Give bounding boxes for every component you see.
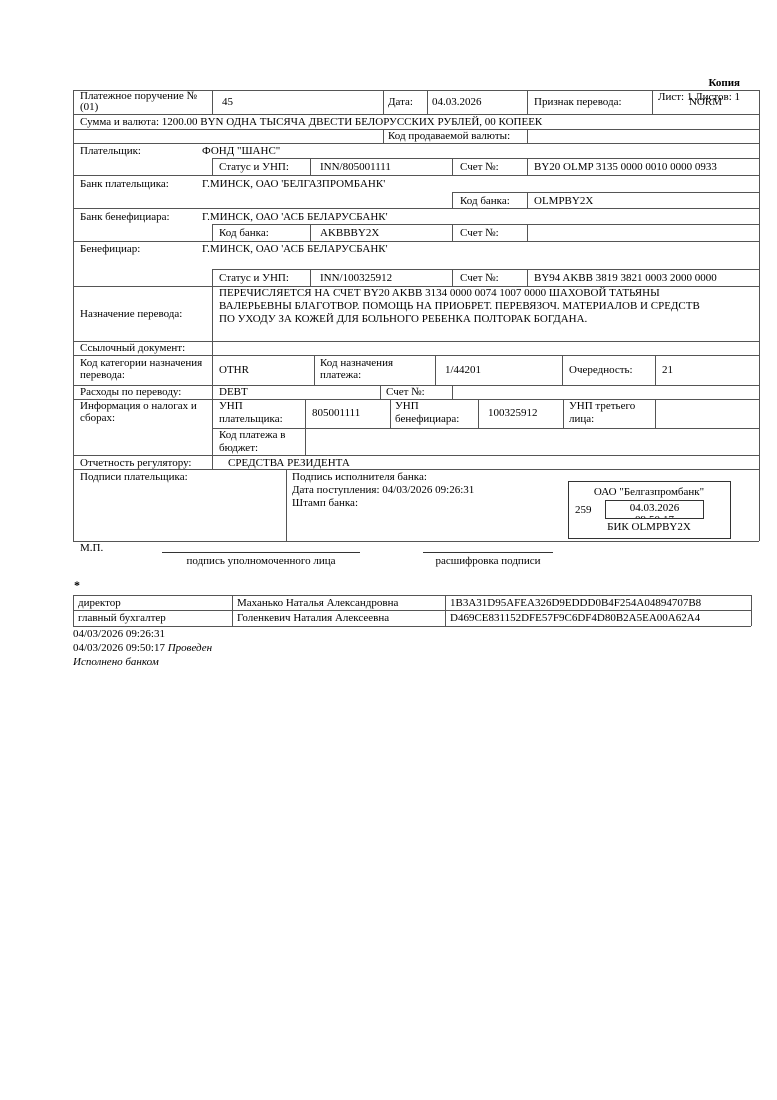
beneficiary-status-unp-label: Статус и УНП: bbox=[219, 272, 289, 284]
regulator-value: СРЕДСТВА РЕЗИДЕНТА bbox=[228, 457, 350, 469]
payer-unp: 805001111 bbox=[312, 407, 360, 419]
bank-executor-label: Подпись исполнителя банка: bbox=[292, 471, 427, 483]
reference-doc-label: Ссылочный документ: bbox=[80, 342, 185, 354]
payer-unp-label: УНП плательщика: bbox=[219, 400, 303, 426]
stamp-bank-name: ОАО "Белгазпромбанк" bbox=[568, 486, 730, 498]
payer-bank-label: Банк плательщика: bbox=[80, 178, 169, 190]
order-number: 45 bbox=[222, 96, 233, 108]
purpose-line-2: ВАЛЕРЬЕВНЫ БЛАГОТВОР. ПОМОЩЬ НА ПРИОБРЕТ… bbox=[219, 300, 700, 312]
history-line-1: 04/03/2026 09:26:31 bbox=[73, 628, 165, 640]
stamp-date-box: 04.03.2026 09:50:17 bbox=[605, 500, 704, 519]
expenses-label: Расходы по переводу: bbox=[80, 386, 181, 398]
payer-status-unp-label: Статус и УНП: bbox=[219, 161, 289, 173]
history-line-3: Исполнено банком bbox=[73, 656, 159, 668]
mp-label: М.П. bbox=[80, 542, 103, 554]
order-number-label: Платежное поручение № (01) bbox=[80, 91, 210, 113]
beneficiary-bank-code: AKBBBY2X bbox=[320, 227, 379, 239]
beneficiary-label: Бенефициар: bbox=[80, 243, 140, 255]
payer-bank-code-label: Код банка: bbox=[460, 195, 510, 207]
beneficiary-unp-label: УНП бенефициара: bbox=[395, 400, 477, 426]
history-status: Проведен bbox=[168, 642, 212, 654]
beneficiary-bank-account-label: Счет №: bbox=[460, 227, 499, 239]
beneficiary-bank-code-label: Код банка: bbox=[219, 227, 269, 239]
purpose-label: Назначение перевода: bbox=[80, 308, 182, 320]
amount-value: 1200.00 BYN ОДНА ТЫСЯЧА ДВЕСТИ БЕЛОРУССК… bbox=[162, 116, 543, 128]
copy-label: Копия bbox=[700, 77, 740, 89]
payer-bank-name: Г.МИНСК, ОАО 'БЕЛГАЗПРОМБАНК' bbox=[202, 178, 385, 190]
signer-key: 1B3A31D95AFEA326D9EDDD0B4F254A04894707B8 bbox=[450, 597, 701, 609]
payer-signatures-label: Подписи плательщика: bbox=[80, 471, 188, 483]
expenses-account-label: Счет №: bbox=[386, 386, 425, 398]
beneficiary-account: BY94 AKBB 3819 3821 0003 2000 0000 bbox=[534, 272, 717, 284]
signers-marker: * bbox=[74, 579, 80, 591]
beneficiary-unp: 100325912 bbox=[488, 407, 538, 419]
stamp-number: 259 bbox=[575, 504, 592, 516]
beneficiary-bank-label: Банк бенефициара: bbox=[80, 211, 170, 223]
sold-currency-label: Код продаваемой валюты: bbox=[388, 130, 510, 142]
signer-name: Голенкевич Наталия Алексеевна bbox=[237, 612, 389, 624]
purpose-line-3: ПО УХОДУ ЗА КОЖЕЙ ДЛЯ БОЛЬНОГО РЕБЕНКА П… bbox=[219, 313, 587, 325]
taxes-label: Информация о налогах и сборах: bbox=[80, 400, 210, 424]
payer-bank-code: OLMPBY2X bbox=[534, 195, 593, 207]
priority-label: Очередность: bbox=[569, 364, 633, 376]
third-party-unp-label: УНП третьего лица: bbox=[569, 400, 653, 426]
beneficiary-account-label: Счет №: bbox=[460, 272, 499, 284]
signature-decoding-caption: расшифровка подписи bbox=[410, 555, 566, 567]
authorized-signature-caption: подпись уполномоченного лица bbox=[162, 555, 360, 567]
payer-name: ФОНД "ШАНС" bbox=[202, 145, 280, 157]
order-date: 04.03.2026 bbox=[432, 96, 482, 108]
date-label: Дата: bbox=[388, 96, 413, 108]
transfer-sign: NORM bbox=[652, 96, 759, 108]
received-date: Дата поступления: 04/03/2026 09:26:31 bbox=[292, 484, 474, 496]
stamp-label: Штамп банка: bbox=[292, 497, 358, 509]
stamp-date: 04.03.2026 bbox=[606, 502, 703, 514]
history-line-2: 04/03/2026 09:50:17 Проведен bbox=[73, 642, 212, 654]
signer-key: D469CE831152DFE57F9C6DF4D80B2A5EA00A62A4 bbox=[450, 612, 700, 624]
budget-code-label: Код платежа в бюджет: bbox=[219, 429, 303, 455]
beneficiary-status-unp: INN/100325912 bbox=[320, 272, 392, 284]
payment-code-label: Код назначения платежа: bbox=[320, 357, 430, 381]
payer-status-unp: INN/805001111 bbox=[320, 161, 391, 173]
signer-role: главный бухгалтер bbox=[78, 612, 166, 624]
category-code: OTHR bbox=[219, 364, 249, 376]
category-label: Код категории назначения перевода: bbox=[80, 357, 210, 381]
signer-name: Маханько Наталья Александровна bbox=[237, 597, 398, 609]
transfer-sign-label: Признак перевода: bbox=[534, 96, 622, 108]
amount-label: Сумма и валюта: 1200.00 BYN ОДНА ТЫСЯЧА … bbox=[80, 116, 542, 128]
purpose-line-1: ПЕРЕЧИСЛЯЕТСЯ НА СЧЕТ BY20 AKBB 3134 000… bbox=[219, 287, 660, 299]
priority: 21 bbox=[662, 364, 673, 376]
signer-role: директор bbox=[78, 597, 121, 609]
expenses-value: DEBT bbox=[219, 386, 248, 398]
beneficiary-name: Г.МИНСК, ОАО 'АСБ БЕЛАРУСБАНК' bbox=[202, 243, 388, 255]
regulator-label: Отчетность регулятору: bbox=[80, 457, 191, 469]
stamp-time: 09:50:17 bbox=[606, 514, 703, 519]
stamp-bik: БИК OLMPBY2X bbox=[568, 521, 730, 533]
payment-code: 1/44201 bbox=[445, 364, 481, 376]
beneficiary-bank-name: Г.МИНСК, ОАО 'АСБ БЕЛАРУСБАНК' bbox=[202, 211, 388, 223]
payer-account-label: Счет №: bbox=[460, 161, 499, 173]
payer-label: Плательщик: bbox=[80, 145, 141, 157]
payer-account: BY20 OLMP 3135 0000 0010 0000 0933 bbox=[534, 161, 717, 173]
